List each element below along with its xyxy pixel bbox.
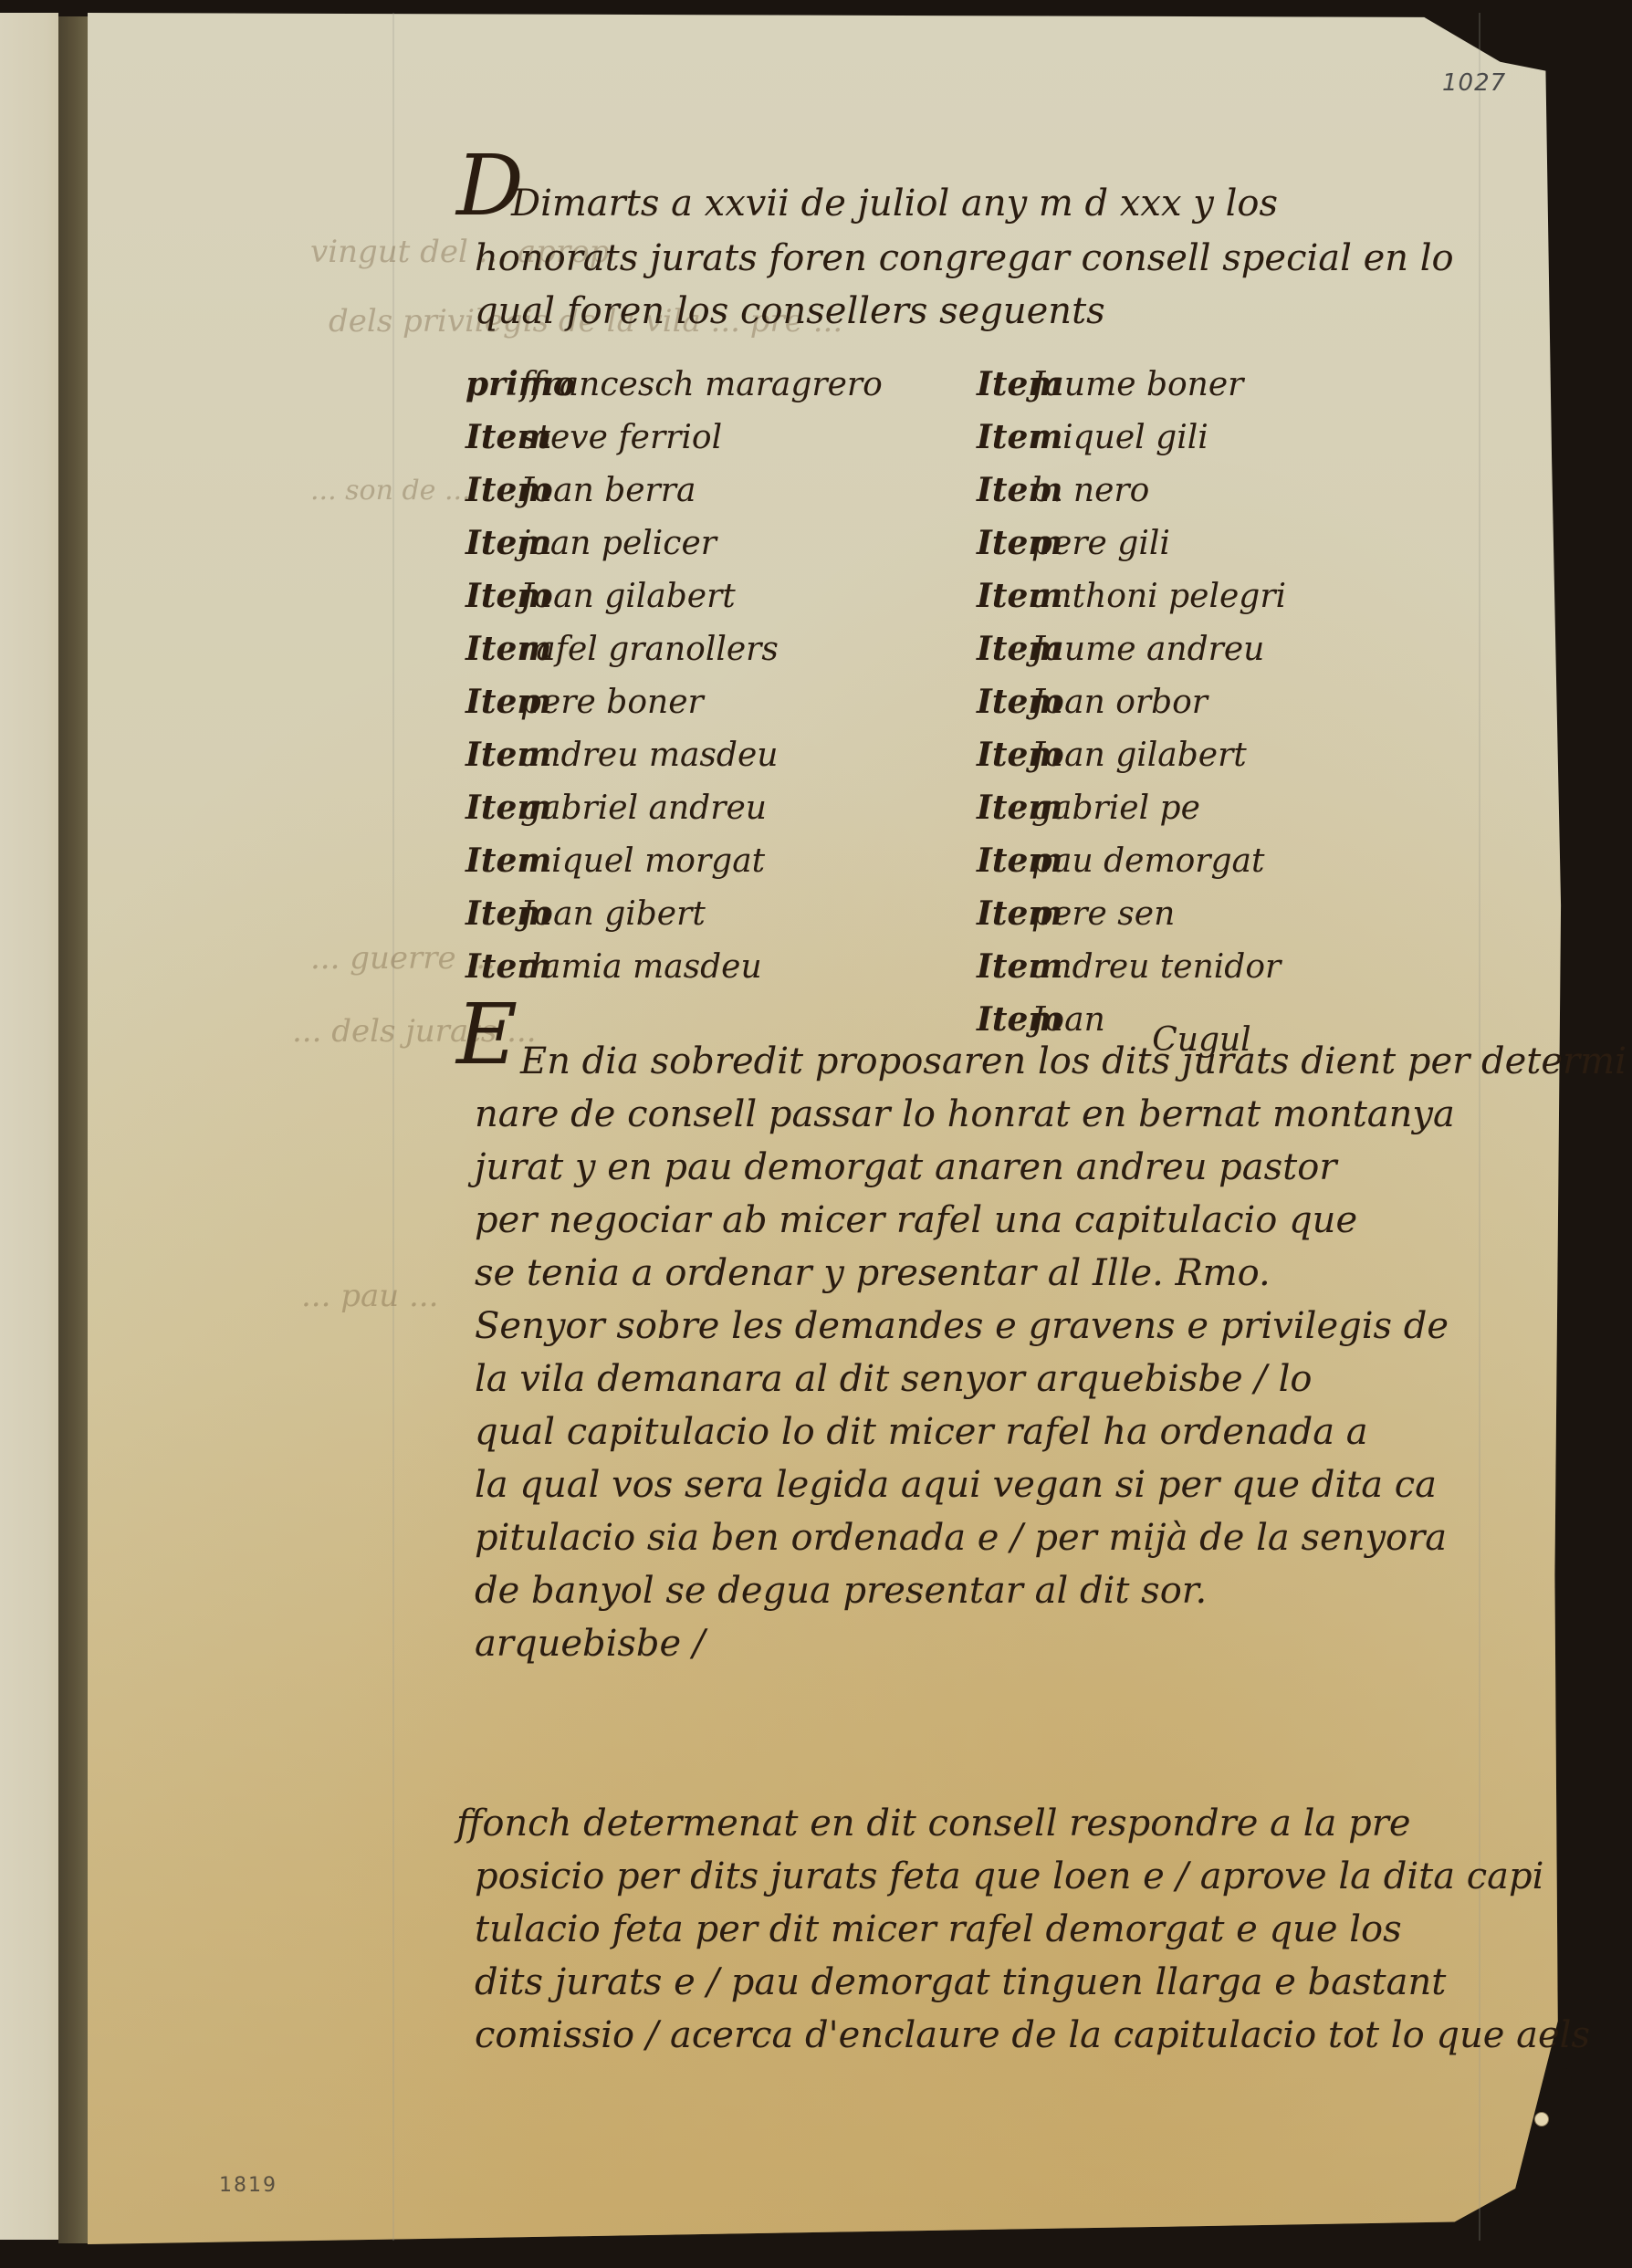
attendee-entry: ItemJoan orbor — [977, 683, 1286, 736]
attendee-entry: ItemJoan berra — [466, 471, 883, 524]
item-mark: Item — [977, 736, 1031, 774]
header-line: Dimarts a xxvii de juliol any m d xxx y … — [511, 183, 1278, 225]
attendee-name: pau demorgat — [1031, 842, 1264, 880]
attendee-entry: Itemanthoni pelegri — [977, 577, 1286, 630]
item-mark: Item — [466, 418, 520, 456]
paragraph-line: posicio per dits jurats feta que loen e … — [456, 1855, 1590, 1908]
attendee-name: Joan gibert — [520, 895, 706, 933]
attendee-name: anthoni pelegri — [1031, 578, 1286, 615]
bleed-through-text: ... pau ... — [301, 1278, 438, 1314]
attendee-name: pere boner — [520, 684, 704, 721]
attendee-name: gabriel andreu — [520, 789, 767, 827]
worm-hole — [1534, 2112, 1549, 2127]
attendee-name: andreu masdeu — [520, 737, 778, 774]
item-mark: Item — [466, 524, 520, 562]
header-line: honorats jurats foren congregar consell … — [475, 237, 1454, 279]
paragraph-decision-1: En dia sobredit proposaren los dits jura… — [475, 1040, 1627, 1676]
attendee-entry: ItemJoan gilabert — [466, 577, 883, 630]
attendee-entry: Itemandreu masdeu — [466, 736, 883, 789]
paragraph-line: pitulacio sia ben ordenada e / per mijà … — [475, 1517, 1627, 1570]
attendee-list-right: ItemJaume boner Itemmiquel gili Itemb. n… — [977, 365, 1286, 1053]
folio-number: 1027 — [1442, 69, 1506, 97]
item-mark: Item — [466, 630, 520, 668]
archive-number: 1819 — [219, 2174, 277, 2197]
paragraph-line: En dia sobredit proposaren los dits jura… — [475, 1040, 1627, 1093]
facing-page-edge — [0, 13, 58, 2240]
attendee-name: pere sen — [1031, 895, 1175, 933]
attendee-entry: Itemmiquel morgat — [466, 841, 883, 894]
worm-hole — [1559, 2068, 1572, 2088]
attendee-entry: Itemdamia masdeu — [466, 947, 883, 1000]
attendee-name: Joan gilabert — [1031, 737, 1247, 774]
attendee-entry: Itemb. nero — [977, 471, 1286, 524]
attendee-name: rafel granollers — [520, 631, 779, 668]
item-mark: Item — [466, 894, 520, 933]
attendee-entry: Itempau demorgat — [977, 841, 1286, 894]
bleed-through-text: ... son de ... — [310, 475, 471, 507]
paragraph-line: qual capitulacio lo dit micer rafel ha o… — [475, 1411, 1627, 1464]
binding-gutter — [58, 16, 89, 2243]
paragraph-line: se tenia a ordenar y presentar al Ille. … — [475, 1252, 1627, 1305]
item-mark: Item — [977, 365, 1031, 403]
attendee-name: Joan — [1031, 1001, 1105, 1039]
paragraph-line: tulacio feta per dit micer rafel demorga… — [456, 1908, 1590, 1961]
item-mark: Item — [466, 947, 520, 986]
attendee-entry: Itemrafel granollers — [466, 630, 883, 683]
attendee-entry: Itemmiquel gili — [977, 418, 1286, 471]
item-mark: Item — [466, 736, 520, 774]
attendee-entry: Itemjoan pelicer — [466, 524, 883, 577]
item-mark: Item — [466, 577, 520, 615]
attendee-entry: ItemJaume andreu — [977, 630, 1286, 683]
attendee-name: joan pelicer — [520, 525, 717, 562]
attendee-entry: primoffrancesch maragrero — [466, 365, 883, 418]
item-mark: Item — [466, 841, 520, 880]
item-mark: Item — [977, 1000, 1031, 1039]
attendee-name: Joan gilabert — [520, 578, 736, 615]
attendee-name: gabriel pe — [1031, 789, 1200, 827]
attendee-name: miquel gili — [1031, 419, 1208, 456]
attendee-list-left: primoffrancesch maragrero Itemsteve ferr… — [466, 365, 883, 1000]
fold-line — [392, 13, 394, 2241]
paragraph-line: comissio / acerca d'enclaure de la capit… — [456, 2014, 1590, 2067]
attendee-name: damia masdeu — [520, 948, 762, 986]
attendee-name: andreu tenidor — [1031, 948, 1281, 986]
item-mark: Item — [466, 789, 520, 827]
attendee-entry: ItemJoan gilabert — [977, 736, 1286, 789]
attendee-name: Joan orbor — [1031, 684, 1208, 721]
attendee-entry: Itempere gili — [977, 524, 1286, 577]
paragraph-line: jurat y en pau demorgat anaren andreu pa… — [475, 1146, 1627, 1199]
item-mark: Item — [977, 577, 1031, 615]
paragraph-line: nare de consell passar lo honrat en bern… — [475, 1093, 1627, 1146]
item-mark: Item — [977, 947, 1031, 986]
attendee-entry: Itempere boner — [466, 683, 883, 736]
paragraph-line: dits jurats e / pau demorgat tinguen lla… — [456, 1961, 1590, 2014]
item-mark: primo — [466, 365, 520, 403]
attendee-entry: Itemandreu tenidor — [977, 947, 1286, 1000]
item-mark: Item — [977, 789, 1031, 827]
attendee-entry: Itempere sen — [977, 894, 1286, 947]
attendee-name: ffrancesch maragrero — [520, 366, 883, 403]
item-mark: Item — [977, 524, 1031, 562]
item-mark: Item — [977, 894, 1031, 933]
item-mark: Item — [977, 683, 1031, 721]
paragraph-line: ffonch determenat en dit consell respond… — [456, 1803, 1590, 1855]
paragraph-line: Senyor sobre les demandes e gravens e pr… — [475, 1305, 1627, 1358]
item-mark: Item — [977, 841, 1031, 880]
attendee-name: pere gili — [1031, 525, 1170, 562]
paragraph-line: per negociar ab micer rafel una capitula… — [475, 1199, 1627, 1252]
attendee-name: miquel morgat — [520, 842, 765, 880]
item-mark: Item — [977, 418, 1031, 456]
attendee-entry: Itemgabriel pe — [977, 789, 1286, 841]
paragraph-line: la qual vos sera legida aqui vegan si pe… — [475, 1464, 1627, 1517]
attendee-entry: Itemgabriel andreu — [466, 789, 883, 841]
attendee-entry: Itemsteve ferriol — [466, 418, 883, 471]
item-mark: Item — [466, 683, 520, 721]
attendee-name: b. nero — [1031, 472, 1149, 509]
attendee-name: Jaume boner — [1031, 366, 1243, 403]
attendee-name: Jaume andreu — [1031, 631, 1264, 668]
attendee-entry: ItemJoan gibert — [466, 894, 883, 947]
header-line: qual foren los consellers seguents — [475, 290, 1105, 332]
attendee-name: Joan berra — [520, 472, 696, 509]
paragraph-line: la vila demanara al dit senyor arquebisb… — [475, 1358, 1627, 1411]
attendee-entry: ItemJaume boner — [977, 365, 1286, 418]
paragraph-line: de banyol se degua presentar al dit sor. — [475, 1570, 1627, 1623]
paragraph-decision-2: ffonch determenat en dit consell respond… — [456, 1803, 1590, 2067]
item-mark: Item — [977, 471, 1031, 509]
paragraph-line: arquebisbe / — [475, 1623, 1627, 1676]
item-mark: Item — [977, 630, 1031, 668]
attendee-name: steve ferriol — [520, 419, 722, 456]
item-mark: Item — [466, 471, 520, 509]
